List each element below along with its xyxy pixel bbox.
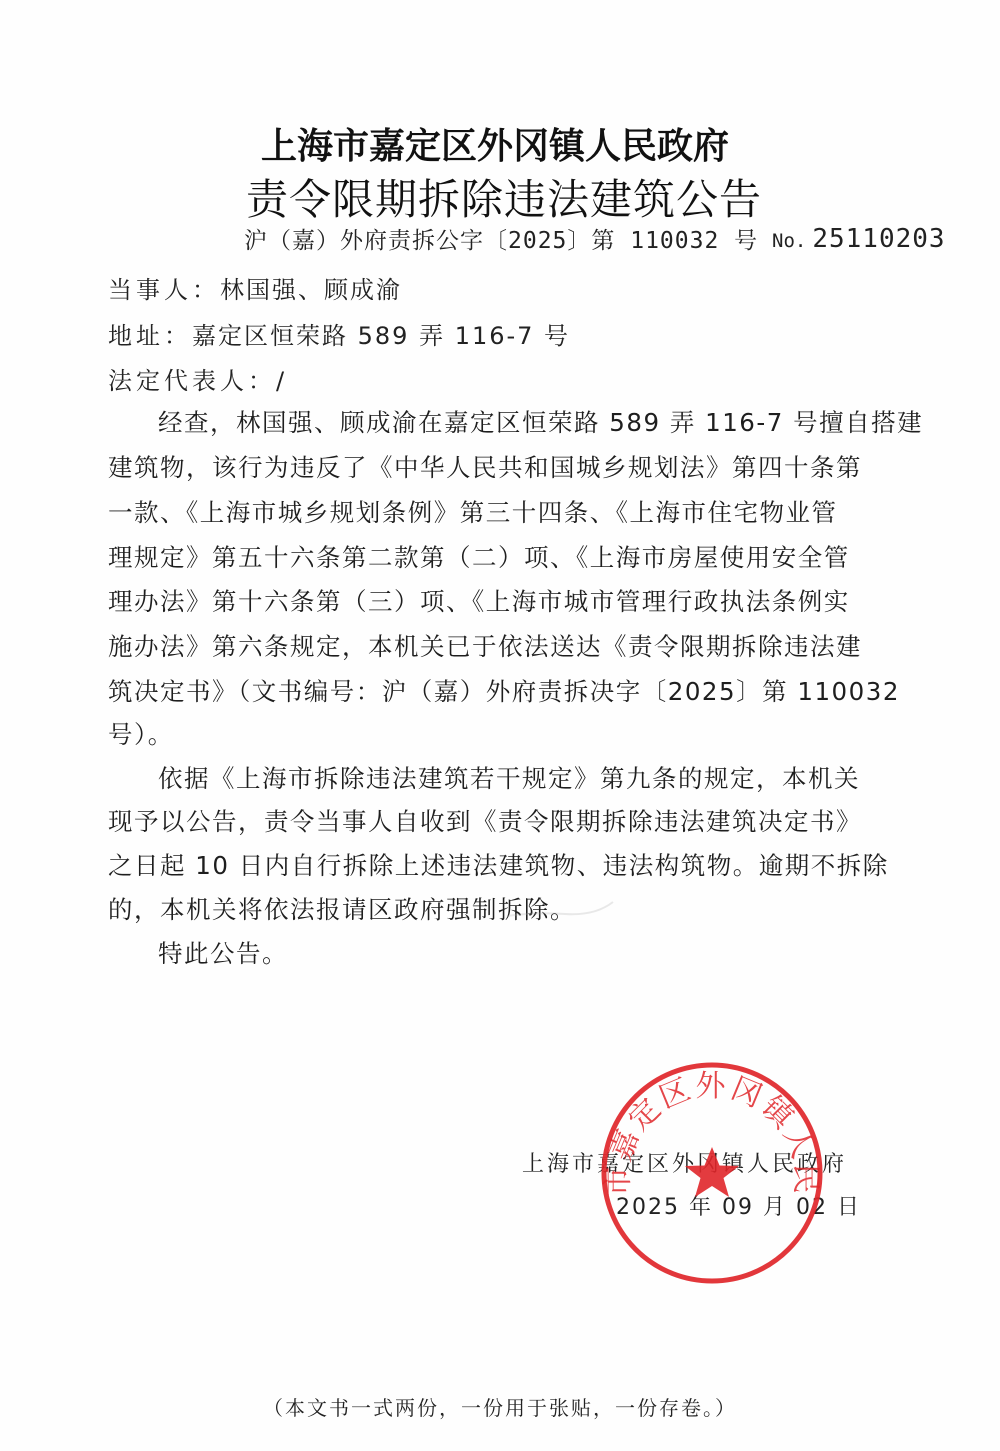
document-title: 责令限期拆除违法建筑公告 bbox=[0, 174, 1000, 226]
party-label: 当事人： bbox=[108, 276, 220, 304]
paragraph1-line: 施办法》第六条规定，本机关已于依法送达《责令限期拆除违法建 bbox=[108, 631, 862, 663]
paragraph1-line: 理办法》第十六条第（三）项、《上海市城市管理行政执法条例实 bbox=[108, 586, 850, 618]
party-field: 当事人：林国强、顾成渝 bbox=[108, 274, 402, 306]
signature-date: 2025 年 09 月 02 日 bbox=[616, 1193, 861, 1223]
notice-document: 上海市嘉定区外冈镇人民政府 责令限期拆除违法建筑公告 沪（嘉）外府责拆公字〔20… bbox=[0, 0, 1000, 1451]
paragraph2-line: 之日起 10 日内自行拆除上述违法建筑物、违法构筑物。逾期不拆除 bbox=[108, 850, 889, 882]
signer-name: 上海市嘉定区外冈镇人民政府 bbox=[522, 1150, 847, 1180]
issuer-heading-text: 上海市嘉定区外冈镇人民政府 bbox=[261, 124, 729, 168]
scan-artifact bbox=[505, 898, 615, 922]
address-label: 地址： bbox=[108, 322, 192, 350]
address-value: 嘉定区恒荣路 589 弄 116-7 号 bbox=[192, 322, 570, 350]
serial-number-value: 25110203 bbox=[812, 224, 945, 254]
paragraph2-line: 依据《上海市拆除违法建筑若干规定》第九条的规定，本机关 bbox=[158, 763, 860, 795]
serial-number: No.25110203 bbox=[772, 224, 946, 256]
paragraph1-line: 建筑物，该行为违反了《中华人民共和国城乡规划法》第四十条第 bbox=[108, 452, 862, 484]
paragraph1-line: 一款、《上海市城乡规划条例》第三十四条、《上海市住宅物业管 bbox=[108, 497, 838, 529]
issuer-heading: 上海市嘉定区外冈镇人民政府 bbox=[0, 124, 1000, 168]
legal-rep-field: 法定代表人：/ bbox=[108, 365, 286, 397]
legal-rep-label: 法定代表人： bbox=[108, 367, 276, 395]
footnote: （本文书一式两份，一份用于张贴，一份存卷。） bbox=[0, 1394, 1000, 1422]
paragraph1-line: 经查，林国强、顾成渝在嘉定区恒荣路 589 弄 116-7 号擅自搭建 bbox=[158, 407, 923, 439]
document-number: 沪（嘉）外府责拆公字〔2025〕第 110032 号 bbox=[244, 226, 758, 256]
legal-rep-value: / bbox=[276, 367, 286, 395]
paragraph2-line: 现予以公告，责令当事人自收到《责令限期拆除违法建筑决定书》 bbox=[108, 806, 862, 838]
closing-text: 特此公告。 bbox=[158, 938, 288, 970]
address-field: 地址：嘉定区恒荣路 589 弄 116-7 号 bbox=[108, 320, 570, 352]
party-value: 林国强、顾成渝 bbox=[220, 276, 402, 304]
serial-prefix: No. bbox=[772, 230, 806, 252]
document-title-text: 责令限期拆除违法建筑公告 bbox=[246, 174, 762, 226]
paragraph1-line: 筑决定书》（文书编号：沪（嘉）外府责拆决字〔2025〕第 110032 bbox=[108, 676, 900, 708]
paragraph1-line: 号）。 bbox=[108, 719, 174, 751]
paragraph1-line: 理规定》第五十六条第二款第（二）项、《上海市房屋使用安全管 bbox=[108, 542, 850, 574]
